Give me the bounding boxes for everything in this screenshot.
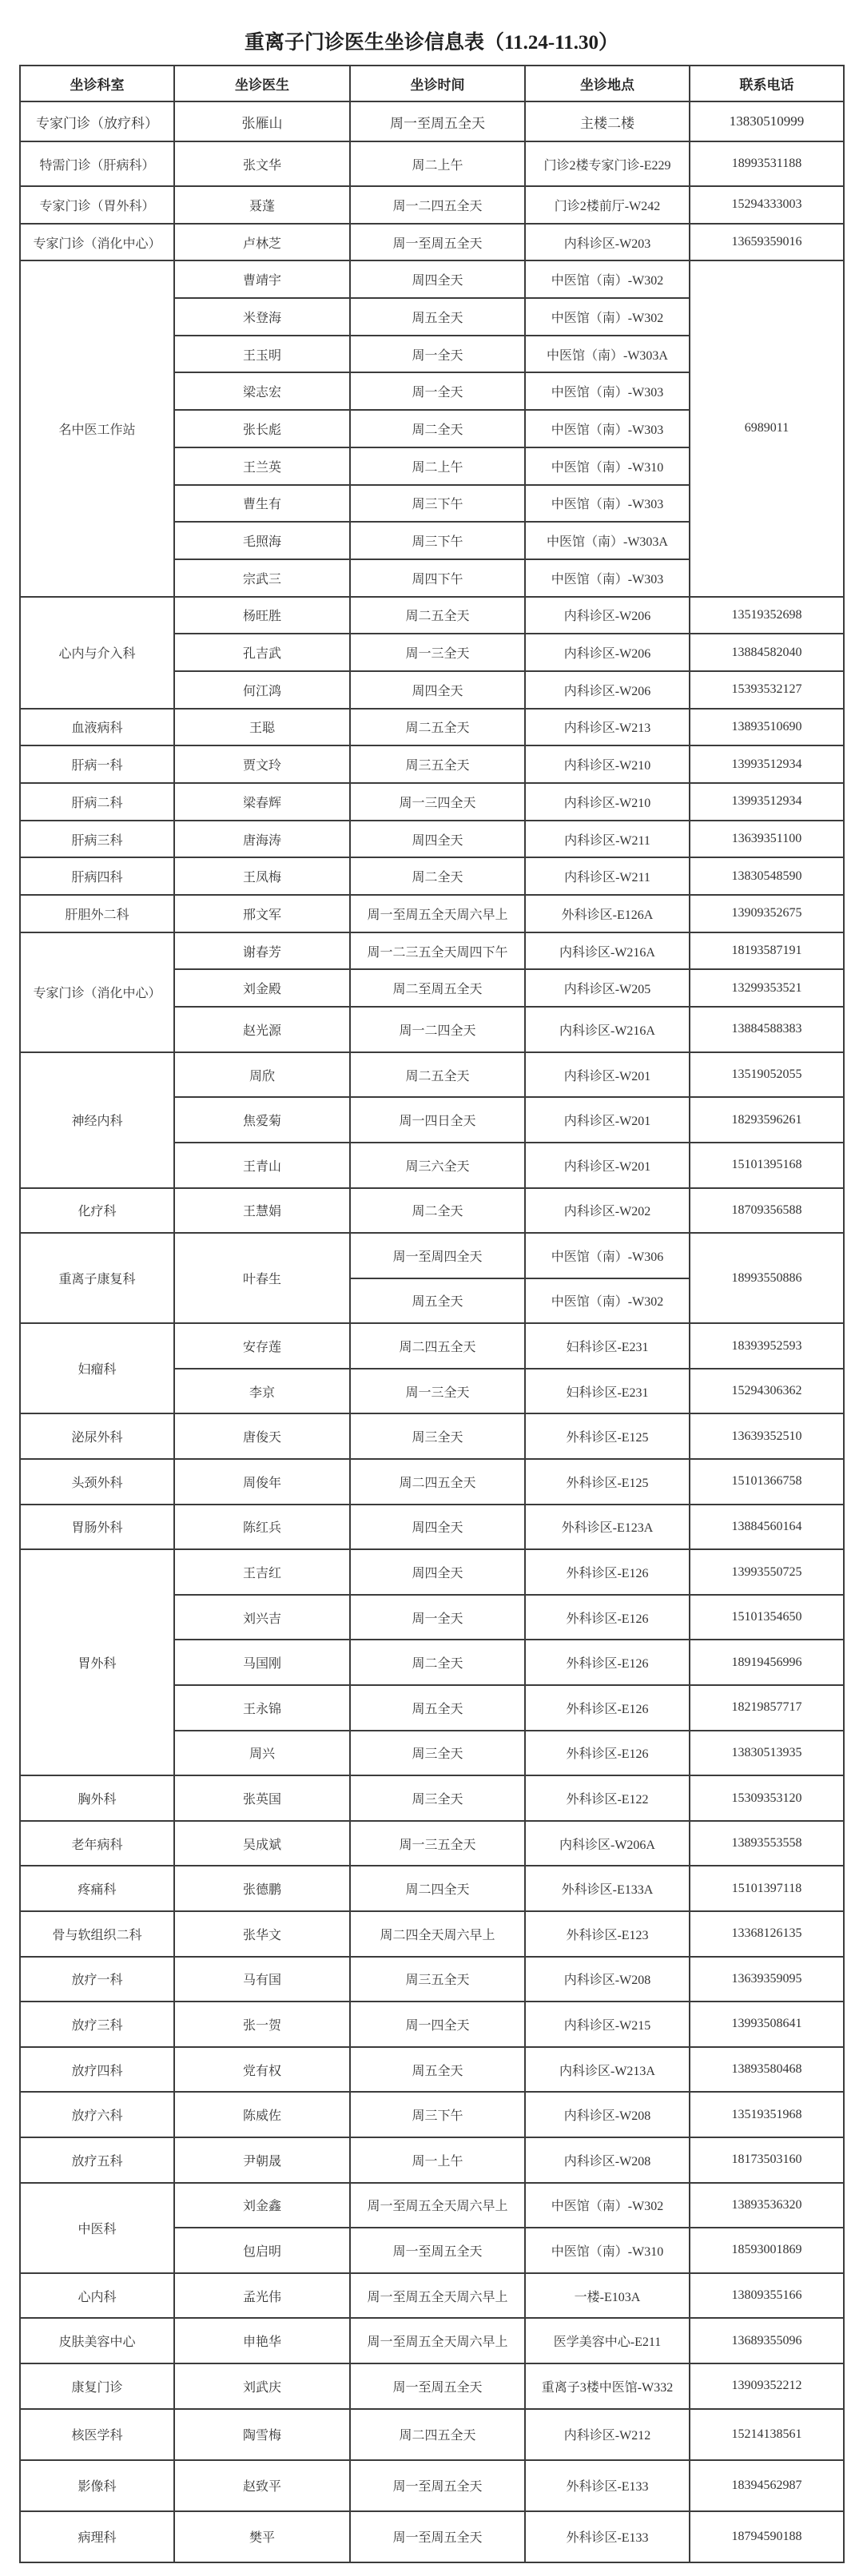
doctor-cell: 王凤梅 (174, 857, 350, 895)
location-cell: 内科诊区-W203 (525, 224, 690, 261)
location-cell: 外科诊区-E125 (525, 1459, 690, 1505)
phone-cell: 15101354650 (690, 1595, 844, 1640)
table-row: 放疗六科陈威佐周三下午内科诊区-W20813519351968 (20, 2092, 844, 2137)
time-cell: 周一至周五全天 (350, 2363, 525, 2409)
table-row: 胃肠外科陈红兵周四全天外科诊区-E123A13884560164 (20, 1505, 844, 1550)
doctor-cell: 王玉明 (174, 336, 350, 373)
doctor-cell: 唐俊天 (174, 1413, 350, 1459)
location-cell: 中医馆（南）-W302 (525, 1278, 690, 1324)
time-cell: 周一二三五全天周四下午 (350, 932, 525, 970)
location-cell: 中医馆（南）-W303 (525, 410, 690, 447)
location-cell: 一楼-E103A (525, 2273, 690, 2319)
location-cell: 中医馆（南）-W303 (525, 372, 690, 410)
location-cell: 内科诊区-W208 (525, 2092, 690, 2137)
doctor-cell: 王青山 (174, 1143, 350, 1188)
department-cell: 皮肤美容中心 (20, 2318, 174, 2363)
time-cell: 周二四五全天 (350, 2409, 525, 2460)
location-cell: 外科诊区-E126 (525, 1595, 690, 1640)
doctor-cell: 樊平 (174, 2511, 350, 2562)
department-cell: 专家门诊（消化中心） (20, 932, 174, 1052)
table-row: 肝胆外二科邢文军周一至周五全天周六早上外科诊区-E126A13909352675 (20, 895, 844, 932)
time-cell: 周一至周五全天周六早上 (350, 2183, 525, 2228)
table-row: 放疗一科马有国周三五全天内科诊区-W20813639359095 (20, 1957, 844, 2002)
table-row: 专家门诊（消化中心）谢春芳周一二三五全天周四下午内科诊区-W216A181935… (20, 932, 844, 970)
doctor-cell: 张华文 (174, 1911, 350, 1957)
table-row: 肝病一科贾文玲周三五全天内科诊区-W21013993512934 (20, 745, 844, 783)
header-row: 坐诊科室 坐诊医生 坐诊时间 坐诊地点 联系电话 (20, 66, 844, 101)
table-row: 康复门诊刘武庆周一至周五全天重离子3楼中医馆-W33213909352212 (20, 2363, 844, 2409)
time-cell: 周一四全天 (350, 2002, 525, 2047)
department-cell: 心内与介入科 (20, 597, 174, 709)
time-cell: 周二四五全天 (350, 1459, 525, 1505)
time-cell: 周五全天 (350, 2047, 525, 2093)
phone-cell: 13893510690 (690, 709, 844, 746)
time-cell: 周三全天 (350, 1413, 525, 1459)
doctor-cell: 张文华 (174, 141, 350, 186)
column-header-location: 坐诊地点 (525, 66, 690, 101)
time-cell: 周二全天 (350, 1188, 525, 1234)
location-cell: 内科诊区-W201 (525, 1143, 690, 1188)
phone-cell: 13299353521 (690, 969, 844, 1007)
doctor-cell: 米登海 (174, 298, 350, 336)
doctor-cell: 梁春辉 (174, 783, 350, 821)
location-cell: 中医馆（南）-W310 (525, 447, 690, 485)
location-cell: 中医馆（南）-W303 (525, 485, 690, 523)
location-cell: 中医馆（南）-W302 (525, 298, 690, 336)
doctor-cell: 孟光伟 (174, 2273, 350, 2319)
location-cell: 外科诊区-E133A (525, 1866, 690, 1911)
doctor-cell: 贾文玲 (174, 745, 350, 783)
doctor-cell: 王兰英 (174, 447, 350, 485)
table-row: 影像科赵致平周一至周五全天外科诊区-E13318394562987 (20, 2460, 844, 2511)
table-row: 名中医工作站曹靖宇周四全天中医馆（南）-W3026989011 (20, 260, 844, 298)
department-cell: 疼痛科 (20, 1866, 174, 1911)
time-cell: 周一至周五全天 (350, 101, 525, 141)
doctor-cell: 唐海涛 (174, 821, 350, 858)
doctor-cell: 马国刚 (174, 1640, 350, 1685)
location-cell: 外科诊区-E126 (525, 1731, 690, 1776)
location-cell: 内科诊区-W216A (525, 1007, 690, 1052)
location-cell: 外科诊区-E123A (525, 1505, 690, 1550)
doctor-cell: 曹生有 (174, 485, 350, 523)
doctor-cell: 孔吉武 (174, 634, 350, 671)
location-cell: 重离子3楼中医馆-W332 (525, 2363, 690, 2409)
time-cell: 周一至周五全天 (350, 2511, 525, 2562)
department-cell: 胸外科 (20, 1775, 174, 1821)
phone-cell: 13909352212 (690, 2363, 844, 2409)
table-row: 肝病四科王凤梅周二全天内科诊区-W21113830548590 (20, 857, 844, 895)
phone-cell: 13830548590 (690, 857, 844, 895)
doctor-cell: 周俊年 (174, 1459, 350, 1505)
phone-cell: 13639352510 (690, 1413, 844, 1459)
time-cell: 周五全天 (350, 298, 525, 336)
phone-cell: 15393532127 (690, 671, 844, 709)
time-cell: 周二上午 (350, 141, 525, 186)
time-cell: 周三六全天 (350, 1143, 525, 1188)
department-cell: 影像科 (20, 2460, 174, 2511)
time-cell: 周一至周五全天 (350, 2228, 525, 2273)
location-cell: 内科诊区-W202 (525, 1188, 690, 1234)
department-cell: 放疗三科 (20, 2002, 174, 2047)
department-cell: 特需门诊（肝病科） (20, 141, 174, 186)
time-cell: 周一至周五全天 (350, 224, 525, 261)
time-cell: 周一三全天 (350, 1369, 525, 1414)
location-cell: 外科诊区-E133 (525, 2460, 690, 2511)
department-cell: 心内科 (20, 2273, 174, 2319)
department-cell: 重离子康复科 (20, 1233, 174, 1323)
location-cell: 内科诊区-W213 (525, 709, 690, 746)
department-cell: 肝胆外二科 (20, 895, 174, 932)
location-cell: 门诊2楼前厅-W242 (525, 186, 690, 224)
time-cell: 周三下午 (350, 2092, 525, 2137)
phone-cell: 15309353120 (690, 1775, 844, 1821)
location-cell: 妇科诊区-E231 (525, 1369, 690, 1414)
doctor-cell: 王慧娟 (174, 1188, 350, 1234)
time-cell: 周四全天 (350, 1505, 525, 1550)
doctor-cell: 卢林芝 (174, 224, 350, 261)
location-cell: 中医馆（南）-W302 (525, 2183, 690, 2228)
table-row: 皮肤美容中心申艳华周一至周五全天周六早上医学美容中心-E211136893550… (20, 2318, 844, 2363)
location-cell: 外科诊区-E126 (525, 1685, 690, 1731)
location-cell: 中医馆（南）-W306 (525, 1233, 690, 1278)
table-row: 中医科刘金鑫周一至周五全天周六早上中医馆（南）-W30213893536320 (20, 2183, 844, 2228)
location-cell: 内科诊区-W206 (525, 634, 690, 671)
doctor-cell: 王永锦 (174, 1685, 350, 1731)
phone-cell: 18173503160 (690, 2137, 844, 2183)
table-row: 骨与软组织二科张华文周二四全天周六早上外科诊区-E12313368126135 (20, 1911, 844, 1957)
department-cell: 肝病二科 (20, 783, 174, 821)
phone-cell: 18293596261 (690, 1097, 844, 1143)
time-cell: 周二五全天 (350, 1052, 525, 1098)
time-cell: 周一二四全天 (350, 1007, 525, 1052)
time-cell: 周四全天 (350, 671, 525, 709)
location-cell: 内科诊区-W212 (525, 2409, 690, 2460)
department-cell: 康复门诊 (20, 2363, 174, 2409)
phone-cell: 18794590188 (690, 2511, 844, 2562)
phone-cell: 13519351968 (690, 2092, 844, 2137)
time-cell: 周一全天 (350, 336, 525, 373)
table-row: 泌尿外科唐俊天周三全天外科诊区-E12513639352510 (20, 1413, 844, 1459)
location-cell: 内科诊区-W206A (525, 1821, 690, 1866)
time-cell: 周二四全天 (350, 1866, 525, 1911)
location-cell: 中医馆（南）-W302 (525, 260, 690, 298)
table-row: 心内与介入科杨旺胜周二五全天内科诊区-W20613519352698 (20, 597, 844, 634)
time-cell: 周二上午 (350, 447, 525, 485)
time-cell: 周四全天 (350, 260, 525, 298)
location-cell: 中医馆（南）-W303A (525, 336, 690, 373)
table-row: 放疗五科尹朝晟周一上午内科诊区-W20818173503160 (20, 2137, 844, 2183)
doctor-cell: 周欣 (174, 1052, 350, 1098)
phone-cell: 15294306362 (690, 1369, 844, 1414)
phone-cell: 18919456996 (690, 1640, 844, 1685)
table-row: 放疗三科张一贺周一四全天内科诊区-W21513993508641 (20, 2002, 844, 2047)
time-cell: 周一全天 (350, 1595, 525, 1640)
doctor-cell: 杨旺胜 (174, 597, 350, 634)
doctor-cell: 赵光源 (174, 1007, 350, 1052)
time-cell: 周一四日全天 (350, 1097, 525, 1143)
doctor-cell: 张英国 (174, 1775, 350, 1821)
doctor-cell: 叶春生 (174, 1233, 350, 1323)
phone-cell: 13830513935 (690, 1731, 844, 1776)
phone-cell: 13689355096 (690, 2318, 844, 2363)
time-cell: 周三下午 (350, 485, 525, 523)
department-cell: 放疗一科 (20, 1957, 174, 2002)
department-cell: 放疗五科 (20, 2137, 174, 2183)
schedule-table-body: 专家门诊（放疗科）张雁山周一至周五全天主楼二楼13830510999特需门诊（肝… (20, 101, 844, 2562)
department-cell: 胃外科 (20, 1549, 174, 1775)
phone-cell: 18593001869 (690, 2228, 844, 2273)
department-cell: 肝病三科 (20, 821, 174, 858)
location-cell: 外科诊区-E133 (525, 2511, 690, 2562)
location-cell: 内科诊区-W213A (525, 2047, 690, 2093)
table-row: 血液病科王聪周二五全天内科诊区-W21313893510690 (20, 709, 844, 746)
table-row: 妇瘤科安存莲周二四五全天妇科诊区-E23118393952593 (20, 1323, 844, 1369)
doctor-cell: 焦爱菊 (174, 1097, 350, 1143)
phone-cell: 18993531188 (690, 141, 844, 186)
time-cell: 周二全天 (350, 857, 525, 895)
location-cell: 内科诊区-W201 (525, 1052, 690, 1098)
location-cell: 外科诊区-E126 (525, 1549, 690, 1595)
time-cell: 周二五全天 (350, 709, 525, 746)
doctor-cell: 曹靖宇 (174, 260, 350, 298)
doctor-cell: 梁志宏 (174, 372, 350, 410)
location-cell: 中医馆（南）-W310 (525, 2228, 690, 2273)
table-row: 重离子康复科叶春生周一至周四全天中医馆（南）-W30618993550886 (20, 1233, 844, 1278)
phone-cell: 15101395168 (690, 1143, 844, 1188)
table-row: 专家门诊（消化中心）卢林芝周一至周五全天内科诊区-W20313659359016 (20, 224, 844, 261)
table-row: 化疗科王慧娟周二全天内科诊区-W20218709356588 (20, 1188, 844, 1234)
table-row: 头颈外科周俊年周二四五全天外科诊区-E12515101366758 (20, 1459, 844, 1505)
department-cell: 妇瘤科 (20, 1323, 174, 1413)
department-cell: 专家门诊（放疗科） (20, 101, 174, 141)
department-cell: 头颈外科 (20, 1459, 174, 1505)
phone-cell: 13830510999 (690, 101, 844, 141)
location-cell: 内科诊区-W215 (525, 2002, 690, 2047)
phone-cell: 18993550886 (690, 1233, 844, 1323)
doctor-cell: 赵致平 (174, 2460, 350, 2511)
table-row: 病理科樊平周一至周五全天外科诊区-E13318794590188 (20, 2511, 844, 2562)
doctor-cell: 张一贺 (174, 2002, 350, 2047)
table-row: 神经内科周欣周二五全天内科诊区-W20113519052055 (20, 1052, 844, 1098)
department-cell: 胃肠外科 (20, 1505, 174, 1550)
doctor-cell: 党有权 (174, 2047, 350, 2093)
phone-cell: 13884588383 (690, 1007, 844, 1052)
time-cell: 周一全天 (350, 372, 525, 410)
column-header-time: 坐诊时间 (350, 66, 525, 101)
time-cell: 周二全天 (350, 410, 525, 447)
phone-cell: 6989011 (690, 260, 844, 596)
doctor-cell: 张德鹏 (174, 1866, 350, 1911)
time-cell: 周二五全天 (350, 597, 525, 634)
table-row: 放疗四科党有权周五全天内科诊区-W213A13893580468 (20, 2047, 844, 2093)
phone-cell: 18393952593 (690, 1323, 844, 1369)
phone-cell: 15214138561 (690, 2409, 844, 2460)
location-cell: 妇科诊区-E231 (525, 1323, 690, 1369)
table-row: 肝病三科唐海涛周四全天内科诊区-W21113639351100 (20, 821, 844, 858)
location-cell: 中医馆（南）-W303A (525, 522, 690, 559)
table-row: 特需门诊（肝病科）张文华周二上午门诊2楼专家门诊-E22918993531188 (20, 141, 844, 186)
doctor-cell: 陶雪梅 (174, 2409, 350, 2460)
phone-cell: 13519352698 (690, 597, 844, 634)
doctor-cell: 李京 (174, 1369, 350, 1414)
time-cell: 周三五全天 (350, 1957, 525, 2002)
department-cell: 泌尿外科 (20, 1413, 174, 1459)
time-cell: 周一上午 (350, 2137, 525, 2183)
phone-cell: 13993512934 (690, 783, 844, 821)
doctor-cell: 陈威佐 (174, 2092, 350, 2137)
phone-cell: 18193587191 (690, 932, 844, 970)
table-row: 核医学科陶雪梅周二四五全天内科诊区-W21215214138561 (20, 2409, 844, 2460)
doctor-cell: 马有国 (174, 1957, 350, 2002)
time-cell: 周一至周五全天周六早上 (350, 2318, 525, 2363)
time-cell: 周四全天 (350, 821, 525, 858)
table-row: 老年病科吴成斌周一三五全天内科诊区-W206A13893553558 (20, 1821, 844, 1866)
table-row: 胃外科王吉红周四全天外科诊区-E12613993550725 (20, 1549, 844, 1595)
doctor-cell: 张雁山 (174, 101, 350, 141)
phone-cell: 15294333003 (690, 186, 844, 224)
table-row: 心内科孟光伟周一至周五全天周六早上一楼-E103A13809355166 (20, 2273, 844, 2319)
location-cell: 外科诊区-E122 (525, 1775, 690, 1821)
department-cell: 核医学科 (20, 2409, 174, 2460)
time-cell: 周五全天 (350, 1685, 525, 1731)
location-cell: 内科诊区-W208 (525, 2137, 690, 2183)
doctor-cell: 毛照海 (174, 522, 350, 559)
time-cell: 周一三五全天 (350, 1821, 525, 1866)
time-cell: 周一至周五全天周六早上 (350, 895, 525, 932)
time-cell: 周三全天 (350, 1775, 525, 1821)
doctor-cell: 刘兴吉 (174, 1595, 350, 1640)
time-cell: 周一至周四全天 (350, 1233, 525, 1278)
table-row: 专家门诊（放疗科）张雁山周一至周五全天主楼二楼13830510999 (20, 101, 844, 141)
phone-cell: 15101397118 (690, 1866, 844, 1911)
location-cell: 内科诊区-W208 (525, 1957, 690, 2002)
phone-cell: 13639359095 (690, 1957, 844, 2002)
phone-cell: 13659359016 (690, 224, 844, 261)
department-cell: 病理科 (20, 2511, 174, 2562)
location-cell: 医学美容中心-E211 (525, 2318, 690, 2363)
table-header: 坐诊科室 坐诊医生 坐诊时间 坐诊地点 联系电话 (20, 66, 844, 101)
location-cell: 内科诊区-W211 (525, 857, 690, 895)
department-cell: 专家门诊（消化中心） (20, 224, 174, 261)
doctor-cell: 申艳华 (174, 2318, 350, 2363)
doctor-cell: 王聪 (174, 709, 350, 746)
location-cell: 内科诊区-W210 (525, 783, 690, 821)
time-cell: 周一二四五全天 (350, 186, 525, 224)
time-cell: 周四下午 (350, 559, 525, 597)
table-row: 肝病二科梁春辉周一三四全天内科诊区-W21013993512934 (20, 783, 844, 821)
time-cell: 周一三四全天 (350, 783, 525, 821)
doctor-cell: 安存莲 (174, 1323, 350, 1369)
doctor-cell: 邢文军 (174, 895, 350, 932)
time-cell: 周二四全天周六早上 (350, 1911, 525, 1957)
column-header-doctor: 坐诊医生 (174, 66, 350, 101)
doctor-cell: 陈红兵 (174, 1505, 350, 1550)
time-cell: 周二四五全天 (350, 1323, 525, 1369)
time-cell: 周三五全天 (350, 745, 525, 783)
department-cell: 血液病科 (20, 709, 174, 746)
doctor-cell: 尹朝晟 (174, 2137, 350, 2183)
time-cell: 周五全天 (350, 1278, 525, 1324)
location-cell: 外科诊区-E125 (525, 1413, 690, 1459)
phone-cell: 13893553558 (690, 1821, 844, 1866)
doctor-cell: 周兴 (174, 1731, 350, 1776)
table-row: 专家门诊（胃外科）聂蓬周一二四五全天门诊2楼前厅-W24215294333003 (20, 186, 844, 224)
department-cell: 肝病一科 (20, 745, 174, 783)
time-cell: 周一至周五全天周六早上 (350, 2273, 525, 2319)
column-header-department: 坐诊科室 (20, 66, 174, 101)
doctor-cell: 包启明 (174, 2228, 350, 2273)
phone-cell: 13993512934 (690, 745, 844, 783)
location-cell: 中医馆（南）-W303 (525, 559, 690, 597)
location-cell: 内科诊区-W211 (525, 821, 690, 858)
phone-cell: 13893536320 (690, 2183, 844, 2228)
department-cell: 骨与软组织二科 (20, 1911, 174, 1957)
phone-cell: 15101366758 (690, 1459, 844, 1505)
department-cell: 放疗四科 (20, 2047, 174, 2093)
doctor-cell: 王吉红 (174, 1549, 350, 1595)
time-cell: 周四全天 (350, 1549, 525, 1595)
phone-cell: 13993508641 (690, 2002, 844, 2047)
department-cell: 老年病科 (20, 1821, 174, 1866)
page-title: 重离子门诊医生坐诊信息表（11.24-11.30） (0, 30, 863, 56)
phone-cell: 13809355166 (690, 2273, 844, 2319)
location-cell: 主楼二楼 (525, 101, 690, 141)
location-cell: 内科诊区-W216A (525, 932, 690, 970)
doctor-cell: 谢春芳 (174, 932, 350, 970)
location-cell: 内科诊区-W206 (525, 597, 690, 634)
time-cell: 周三全天 (350, 1731, 525, 1776)
column-header-phone: 联系电话 (690, 66, 844, 101)
doctor-cell: 刘金鑫 (174, 2183, 350, 2228)
phone-cell: 13884582040 (690, 634, 844, 671)
phone-cell: 18219857717 (690, 1685, 844, 1731)
doctor-cell: 何江鸿 (174, 671, 350, 709)
location-cell: 外科诊区-E126A (525, 895, 690, 932)
doctor-cell: 刘武庆 (174, 2363, 350, 2409)
department-cell: 中医科 (20, 2183, 174, 2273)
department-cell: 放疗六科 (20, 2092, 174, 2137)
department-cell: 专家门诊（胃外科） (20, 186, 174, 224)
phone-cell: 18709356588 (690, 1188, 844, 1234)
location-cell: 外科诊区-E123 (525, 1911, 690, 1957)
doctor-cell: 张长彪 (174, 410, 350, 447)
phone-cell: 13893580468 (690, 2047, 844, 2093)
time-cell: 周一至周五全天 (350, 2460, 525, 2511)
time-cell: 周二至周五全天 (350, 969, 525, 1007)
location-cell: 内科诊区-W201 (525, 1097, 690, 1143)
time-cell: 周三下午 (350, 522, 525, 559)
department-cell: 名中医工作站 (20, 260, 174, 596)
department-cell: 神经内科 (20, 1052, 174, 1188)
phone-cell: 13993550725 (690, 1549, 844, 1595)
phone-cell: 13884560164 (690, 1505, 844, 1550)
location-cell: 外科诊区-E126 (525, 1640, 690, 1685)
phone-cell: 13639351100 (690, 821, 844, 858)
phone-cell: 13909352675 (690, 895, 844, 932)
doctor-cell: 宗武三 (174, 559, 350, 597)
time-cell: 周二全天 (350, 1640, 525, 1685)
doctor-cell: 吴成斌 (174, 1821, 350, 1866)
phone-cell: 13519052055 (690, 1052, 844, 1098)
table-row: 胸外科张英国周三全天外科诊区-E12215309353120 (20, 1775, 844, 1821)
table-row: 疼痛科张德鹏周二四全天外科诊区-E133A15101397118 (20, 1866, 844, 1911)
location-cell: 内科诊区-W205 (525, 969, 690, 1007)
doctor-cell: 聂蓬 (174, 186, 350, 224)
phone-cell: 18394562987 (690, 2460, 844, 2511)
time-cell: 周一三全天 (350, 634, 525, 671)
department-cell: 化疗科 (20, 1188, 174, 1234)
location-cell: 内科诊区-W206 (525, 671, 690, 709)
